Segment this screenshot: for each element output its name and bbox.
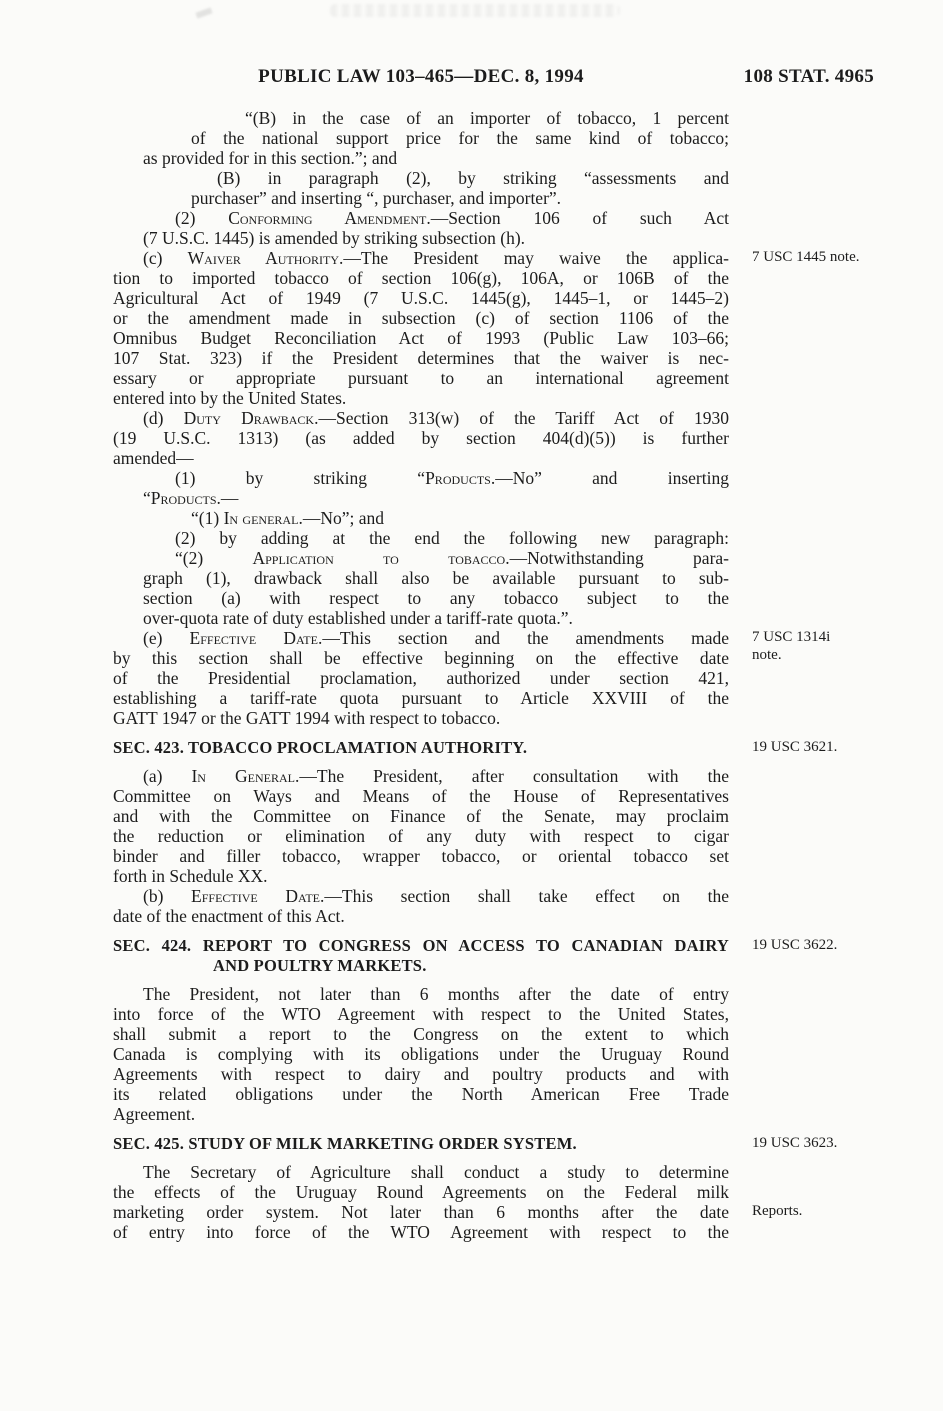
text-line: “(2) Application to tobacco.—Notwithstan…	[175, 548, 729, 568]
text-line: (B) in paragraph (2), by striking “asses…	[217, 168, 729, 188]
text-line: The Secretary of Agriculture shall condu…	[143, 1162, 729, 1182]
small-caps-term: Products	[151, 488, 217, 508]
text-line: Omnibus Budget Reconciliation Act of 199…	[113, 328, 729, 348]
text-line: (e) Effective Date.—This section and the…	[143, 628, 729, 648]
scan-smudge	[195, 7, 212, 18]
line-text: .—This section and the amendments made	[318, 628, 729, 648]
margin-note-reports: Reports.	[752, 1202, 884, 1220]
text-line: (d) Duty Drawback.—Section 313(w) of the…	[143, 408, 729, 428]
text-line: marketing order system. Not later than 6…	[113, 1202, 729, 1222]
line-text: .—No”; and	[298, 508, 384, 528]
line-text: (e)	[143, 628, 190, 648]
line-text: (1) by striking “	[175, 468, 425, 488]
text-line: forth in Schedule XX.	[113, 866, 729, 886]
line-text: (b)	[143, 886, 191, 906]
line-text: (2)	[175, 208, 228, 228]
small-caps-term: Effective Date	[191, 886, 320, 906]
text-line: amended—	[113, 448, 729, 468]
text-line: as provided for in this section.”; and	[143, 148, 729, 168]
text-line: (b) Effective Date.—This section shall t…	[143, 886, 729, 906]
running-header-law-title: PUBLIC LAW 103–465—DEC. 8, 1994	[113, 66, 729, 88]
line-text: .—The President may waive the applica-	[339, 248, 729, 268]
text-line: (a) In General.—The President, after con…	[143, 766, 729, 786]
small-caps-term: Application to tobacco	[252, 548, 505, 568]
text-line: shall submit a report to the Congress on…	[113, 1024, 729, 1044]
text-line: by this section shall be effective begin…	[113, 648, 729, 668]
line-text: “(1)	[191, 508, 224, 528]
section-heading-424-continuation: AND POULTRY MARKETS.	[213, 956, 729, 976]
text-line: “(1) In general.—No”; and	[191, 508, 729, 528]
line-text: .—	[217, 488, 239, 508]
line-text: .—The President, after consultation with…	[295, 766, 729, 786]
margin-note-usc-1314i: 7 USC 1314i note.	[752, 628, 884, 664]
text-line: entered into by the United States.	[113, 388, 729, 408]
text-line: The President, not later than 6 months a…	[143, 984, 729, 1004]
margin-note-usc-3623: 19 USC 3623.	[752, 1134, 884, 1152]
line-text: .—Section 106 of such Act	[426, 208, 729, 228]
text-line: of the national support price for the sa…	[191, 128, 729, 148]
text-line: the effects of the Uruguay Round Agreeme…	[113, 1182, 729, 1202]
text-line: tion to imported tobacco of section 106(…	[113, 268, 729, 288]
scan-smudge	[330, 4, 620, 17]
section-heading-424: SEC. 424. REPORT TO CONGRESS ON ACCESS T…	[113, 936, 729, 956]
line-text: .—Notwithstanding para-	[505, 548, 729, 568]
text-line: “(B) in the case of an importer of tobac…	[245, 108, 729, 128]
text-line: and with the Committee on Finance of the…	[113, 806, 729, 826]
line-text: .—No” and inserting	[491, 468, 729, 488]
section-heading-423: SEC. 423. TOBACCO PROCLAMATION AUTHORITY…	[113, 738, 729, 758]
text-line: (1) by striking “Products.—No” and inser…	[175, 468, 729, 488]
text-line: or the amendment made in subsection (c) …	[113, 308, 729, 328]
line-text: .—Section 313(w) of the Tariff Act of 19…	[314, 408, 729, 428]
margin-note-usc-1445: 7 USC 1445 note.	[752, 248, 884, 266]
text-line: section (a) with respect to any tobacco …	[143, 588, 729, 608]
text-line: establishing a tariff-rate quota pursuan…	[113, 688, 729, 708]
small-caps-term: Conforming Amendment	[228, 208, 426, 228]
text-line: Agreement.	[113, 1104, 729, 1124]
text-line: Committee on Ways and Means of the House…	[113, 786, 729, 806]
text-line: over-quota rate of duty established unde…	[143, 608, 729, 628]
small-caps-term: In General	[191, 766, 295, 786]
line-text: (a)	[143, 766, 191, 786]
text-line: (2) Conforming Amendment.—Section 106 of…	[175, 208, 729, 228]
document-body: “(B) in the case of an importer of tobac…	[113, 108, 729, 1242]
small-caps-term: In general	[224, 508, 299, 528]
scanned-statute-page: PUBLIC LAW 103–465—DEC. 8, 1994 108 STAT…	[0, 0, 943, 1411]
text-line: (2) by adding at the end the following n…	[175, 528, 729, 548]
text-line: binder and filler tobacco, wrapper tobac…	[113, 846, 729, 866]
margin-note-usc-3621: 19 USC 3621.	[752, 738, 884, 756]
text-line: 107 Stat. 323) if the President determin…	[113, 348, 729, 368]
text-line: essary or appropriate pursuant to an int…	[113, 368, 729, 388]
small-caps-term: Effective Date	[190, 628, 318, 648]
section-heading-425: SEC. 425. STUDY OF MILK MARKETING ORDER …	[113, 1134, 729, 1154]
text-line: Agreements with respect to dairy and pou…	[113, 1064, 729, 1084]
text-line: Agricultural Act of 1949 (7 U.S.C. 1445(…	[113, 288, 729, 308]
running-header-stat-citation: 108 STAT. 4965	[744, 66, 874, 88]
line-text: “	[143, 488, 151, 508]
text-line: date of the enactment of this Act.	[113, 906, 729, 926]
text-line: graph (1), drawback shall also be availa…	[143, 568, 729, 588]
line-text: (c)	[143, 248, 188, 268]
small-caps-term: Duty Drawback	[184, 408, 315, 428]
small-caps-term: Products	[425, 468, 491, 488]
text-line: of entry into force of the WTO Agreement…	[113, 1222, 729, 1242]
small-caps-term: Waiver Authority	[188, 248, 339, 268]
text-line: “Products.—	[143, 488, 729, 508]
text-line: the reduction or elimination of any duty…	[113, 826, 729, 846]
text-line: (7 U.S.C. 1445) is amended by striking s…	[143, 228, 729, 248]
text-line: into force of the WTO Agreement with res…	[113, 1004, 729, 1024]
line-text: (d)	[143, 408, 184, 428]
text-line: of the Presidential proclamation, author…	[113, 668, 729, 688]
margin-note-usc-3622: 19 USC 3622.	[752, 936, 884, 954]
line-text: “(2)	[175, 548, 252, 568]
text-line: (19 U.S.C. 1313) (as added by section 40…	[113, 428, 729, 448]
text-line: its related obligations under the North …	[113, 1084, 729, 1104]
line-text: .—This section shall take effect on the	[320, 886, 729, 906]
text-line: GATT 1947 or the GATT 1994 with respect …	[113, 708, 729, 728]
text-line: (c) Waiver Authority.—The President may …	[143, 248, 729, 268]
text-line: purchaser” and inserting “, purchaser, a…	[191, 188, 729, 208]
text-line: Canada is complying with its obligations…	[113, 1044, 729, 1064]
